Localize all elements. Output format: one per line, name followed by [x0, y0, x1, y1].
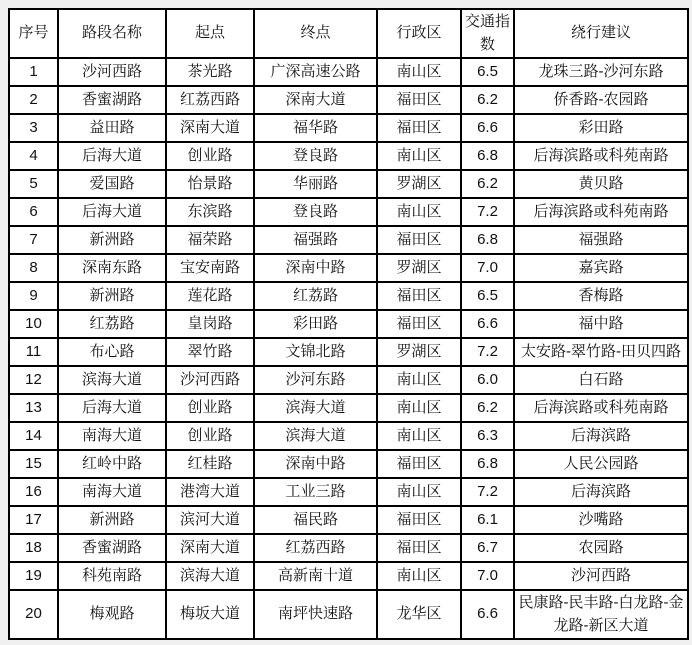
cell-serial: 11	[9, 338, 58, 366]
cell-detour: 太安路-翠竹路-田贝四路	[514, 338, 688, 366]
cell-detour: 福强路	[514, 226, 688, 254]
table-row: 11 布心路 翠竹路 文锦北路 罗湖区 7.2 太安路-翠竹路-田贝四路	[9, 338, 688, 366]
cell-detour: 民康路-民丰路-白龙路-金龙路-新区大道	[514, 590, 688, 639]
table-row: 3 益田路 深南大道 福华路 福田区 6.6 彩田路	[9, 114, 688, 142]
cell-start-point: 滨河大道	[166, 506, 254, 534]
cell-detour: 侨香路-农园路	[514, 86, 688, 114]
cell-detour: 后海滨路或科苑南路	[514, 142, 688, 170]
cell-end-point: 沙河东路	[254, 366, 377, 394]
table-row: 12 滨海大道 沙河西路 沙河东路 南山区 6.0 白石路	[9, 366, 688, 394]
cell-start-point: 翠竹路	[166, 338, 254, 366]
cell-traffic-index: 7.2	[461, 198, 514, 226]
cell-district: 福田区	[377, 226, 461, 254]
cell-start-point: 滨海大道	[166, 562, 254, 590]
cell-end-point: 红荔西路	[254, 534, 377, 562]
cell-traffic-index: 6.1	[461, 506, 514, 534]
cell-start-point: 怡景路	[166, 170, 254, 198]
cell-end-point: 南坪快速路	[254, 590, 377, 639]
cell-serial: 15	[9, 450, 58, 478]
cell-detour: 人民公园路	[514, 450, 688, 478]
cell-road-name: 沙河西路	[58, 58, 166, 86]
cell-serial: 3	[9, 114, 58, 142]
table-row: 18 香蜜湖路 深南大道 红荔西路 福田区 6.7 农园路	[9, 534, 688, 562]
cell-road-name: 爱国路	[58, 170, 166, 198]
cell-serial: 8	[9, 254, 58, 282]
table-row: 13 后海大道 创业路 滨海大道 南山区 6.2 后海滨路或科苑南路	[9, 394, 688, 422]
cell-road-name: 南海大道	[58, 422, 166, 450]
header-traffic-index: 交通指数	[461, 9, 514, 58]
table-row: 8 深南东路 宝安南路 深南中路 罗湖区 7.0 嘉宾路	[9, 254, 688, 282]
cell-start-point: 红桂路	[166, 450, 254, 478]
table-row: 16 南海大道 港湾大道 工业三路 南山区 7.2 后海滨路	[9, 478, 688, 506]
cell-end-point: 登良路	[254, 198, 377, 226]
cell-road-name: 新洲路	[58, 282, 166, 310]
cell-end-point: 福强路	[254, 226, 377, 254]
cell-traffic-index: 7.0	[461, 254, 514, 282]
header-district: 行政区	[377, 9, 461, 58]
cell-traffic-index: 6.2	[461, 86, 514, 114]
cell-serial: 20	[9, 590, 58, 639]
cell-serial: 13	[9, 394, 58, 422]
cell-district: 福田区	[377, 114, 461, 142]
cell-start-point: 港湾大道	[166, 478, 254, 506]
cell-detour: 后海滨路或科苑南路	[514, 198, 688, 226]
cell-road-name: 梅观路	[58, 590, 166, 639]
cell-road-name: 南海大道	[58, 478, 166, 506]
cell-end-point: 彩田路	[254, 310, 377, 338]
cell-detour: 沙嘴路	[514, 506, 688, 534]
cell-serial: 9	[9, 282, 58, 310]
cell-road-name: 香蜜湖路	[58, 534, 166, 562]
cell-end-point: 深南中路	[254, 254, 377, 282]
table-row: 2 香蜜湖路 红荔西路 深南大道 福田区 6.2 侨香路-农园路	[9, 86, 688, 114]
table-container: 序号 路段名称 起点 终点 行政区 交通指数 绕行建议 1 沙河西路 茶光路 广…	[0, 0, 692, 645]
header-row: 序号 路段名称 起点 终点 行政区 交通指数 绕行建议	[9, 9, 688, 58]
table-row: 14 南海大道 创业路 滨海大道 南山区 6.3 后海滨路	[9, 422, 688, 450]
cell-start-point: 莲花路	[166, 282, 254, 310]
cell-start-point: 梅坂大道	[166, 590, 254, 639]
cell-traffic-index: 7.2	[461, 478, 514, 506]
cell-traffic-index: 6.6	[461, 310, 514, 338]
cell-district: 南山区	[377, 422, 461, 450]
cell-district: 南山区	[377, 142, 461, 170]
cell-serial: 6	[9, 198, 58, 226]
cell-serial: 4	[9, 142, 58, 170]
cell-road-name: 新洲路	[58, 226, 166, 254]
cell-district: 南山区	[377, 366, 461, 394]
table-row: 6 后海大道 东滨路 登良路 南山区 7.2 后海滨路或科苑南路	[9, 198, 688, 226]
cell-start-point: 创业路	[166, 142, 254, 170]
cell-district: 南山区	[377, 562, 461, 590]
cell-district: 福田区	[377, 86, 461, 114]
cell-traffic-index: 6.5	[461, 282, 514, 310]
cell-road-name: 深南东路	[58, 254, 166, 282]
cell-traffic-index: 6.8	[461, 226, 514, 254]
cell-serial: 12	[9, 366, 58, 394]
cell-traffic-index: 6.3	[461, 422, 514, 450]
cell-detour: 嘉宾路	[514, 254, 688, 282]
cell-end-point: 深南大道	[254, 86, 377, 114]
cell-district: 罗湖区	[377, 338, 461, 366]
cell-serial: 14	[9, 422, 58, 450]
cell-road-name: 红荔路	[58, 310, 166, 338]
cell-end-point: 福民路	[254, 506, 377, 534]
cell-detour: 彩田路	[514, 114, 688, 142]
table-row: 19 科苑南路 滨海大道 高新南十道 南山区 7.0 沙河西路	[9, 562, 688, 590]
cell-detour: 香梅路	[514, 282, 688, 310]
cell-road-name: 科苑南路	[58, 562, 166, 590]
traffic-detour-table: 序号 路段名称 起点 终点 行政区 交通指数 绕行建议 1 沙河西路 茶光路 广…	[8, 8, 689, 640]
cell-serial: 18	[9, 534, 58, 562]
cell-serial: 19	[9, 562, 58, 590]
cell-district: 福田区	[377, 506, 461, 534]
cell-road-name: 后海大道	[58, 394, 166, 422]
cell-start-point: 创业路	[166, 394, 254, 422]
cell-start-point: 深南大道	[166, 534, 254, 562]
cell-district: 罗湖区	[377, 170, 461, 198]
cell-end-point: 滨海大道	[254, 422, 377, 450]
cell-detour: 沙河西路	[514, 562, 688, 590]
header-detour: 绕行建议	[514, 9, 688, 58]
cell-district: 南山区	[377, 58, 461, 86]
header-road-name: 路段名称	[58, 9, 166, 58]
table-row: 5 爱国路 怡景路 华丽路 罗湖区 6.2 黄贝路	[9, 170, 688, 198]
cell-start-point: 东滨路	[166, 198, 254, 226]
cell-district: 南山区	[377, 478, 461, 506]
cell-road-name: 新洲路	[58, 506, 166, 534]
cell-serial: 1	[9, 58, 58, 86]
cell-detour: 黄贝路	[514, 170, 688, 198]
cell-end-point: 滨海大道	[254, 394, 377, 422]
cell-traffic-index: 6.2	[461, 394, 514, 422]
cell-traffic-index: 7.0	[461, 562, 514, 590]
cell-serial: 2	[9, 86, 58, 114]
cell-end-point: 福华路	[254, 114, 377, 142]
cell-traffic-index: 6.8	[461, 450, 514, 478]
cell-end-point: 广深高速公路	[254, 58, 377, 86]
cell-road-name: 益田路	[58, 114, 166, 142]
cell-start-point: 深南大道	[166, 114, 254, 142]
cell-traffic-index: 6.7	[461, 534, 514, 562]
cell-end-point: 文锦北路	[254, 338, 377, 366]
cell-detour: 后海滨路	[514, 478, 688, 506]
cell-detour: 龙珠三路-沙河东路	[514, 58, 688, 86]
header-end-point: 终点	[254, 9, 377, 58]
cell-district: 福田区	[377, 310, 461, 338]
cell-end-point: 红荔路	[254, 282, 377, 310]
cell-traffic-index: 6.5	[461, 58, 514, 86]
header-serial: 序号	[9, 9, 58, 58]
cell-serial: 17	[9, 506, 58, 534]
cell-road-name: 后海大道	[58, 142, 166, 170]
cell-district: 罗湖区	[377, 254, 461, 282]
cell-start-point: 宝安南路	[166, 254, 254, 282]
cell-detour: 福中路	[514, 310, 688, 338]
cell-detour: 后海滨路或科苑南路	[514, 394, 688, 422]
table-row: 20 梅观路 梅坂大道 南坪快速路 龙华区 6.6 民康路-民丰路-白龙路-金龙…	[9, 590, 688, 639]
cell-traffic-index: 7.2	[461, 338, 514, 366]
cell-district: 南山区	[377, 198, 461, 226]
cell-end-point: 高新南十道	[254, 562, 377, 590]
cell-traffic-index: 6.6	[461, 590, 514, 639]
table-row: 1 沙河西路 茶光路 广深高速公路 南山区 6.5 龙珠三路-沙河东路	[9, 58, 688, 86]
cell-serial: 10	[9, 310, 58, 338]
cell-road-name: 香蜜湖路	[58, 86, 166, 114]
cell-start-point: 红荔西路	[166, 86, 254, 114]
cell-road-name: 后海大道	[58, 198, 166, 226]
cell-start-point: 沙河西路	[166, 366, 254, 394]
cell-start-point: 创业路	[166, 422, 254, 450]
cell-end-point: 深南中路	[254, 450, 377, 478]
header-start-point: 起点	[166, 9, 254, 58]
table-row: 7 新洲路 福荣路 福强路 福田区 6.8 福强路	[9, 226, 688, 254]
cell-serial: 5	[9, 170, 58, 198]
cell-road-name: 布心路	[58, 338, 166, 366]
cell-district: 福田区	[377, 282, 461, 310]
cell-end-point: 登良路	[254, 142, 377, 170]
cell-start-point: 福荣路	[166, 226, 254, 254]
cell-traffic-index: 6.2	[461, 170, 514, 198]
cell-detour: 农园路	[514, 534, 688, 562]
cell-traffic-index: 6.6	[461, 114, 514, 142]
cell-district: 福田区	[377, 534, 461, 562]
cell-end-point: 工业三路	[254, 478, 377, 506]
table-row: 15 红岭中路 红桂路 深南中路 福田区 6.8 人民公园路	[9, 450, 688, 478]
cell-detour: 白石路	[514, 366, 688, 394]
cell-serial: 16	[9, 478, 58, 506]
table-row: 4 后海大道 创业路 登良路 南山区 6.8 后海滨路或科苑南路	[9, 142, 688, 170]
cell-serial: 7	[9, 226, 58, 254]
cell-district: 福田区	[377, 450, 461, 478]
cell-district: 龙华区	[377, 590, 461, 639]
cell-start-point: 茶光路	[166, 58, 254, 86]
cell-traffic-index: 6.8	[461, 142, 514, 170]
cell-start-point: 皇岗路	[166, 310, 254, 338]
table-row: 17 新洲路 滨河大道 福民路 福田区 6.1 沙嘴路	[9, 506, 688, 534]
table-body: 1 沙河西路 茶光路 广深高速公路 南山区 6.5 龙珠三路-沙河东路 2 香蜜…	[9, 58, 688, 639]
table-row: 10 红荔路 皇岗路 彩田路 福田区 6.6 福中路	[9, 310, 688, 338]
cell-district: 南山区	[377, 394, 461, 422]
cell-road-name: 红岭中路	[58, 450, 166, 478]
cell-road-name: 滨海大道	[58, 366, 166, 394]
cell-end-point: 华丽路	[254, 170, 377, 198]
cell-traffic-index: 6.0	[461, 366, 514, 394]
table-row: 9 新洲路 莲花路 红荔路 福田区 6.5 香梅路	[9, 282, 688, 310]
cell-detour: 后海滨路	[514, 422, 688, 450]
